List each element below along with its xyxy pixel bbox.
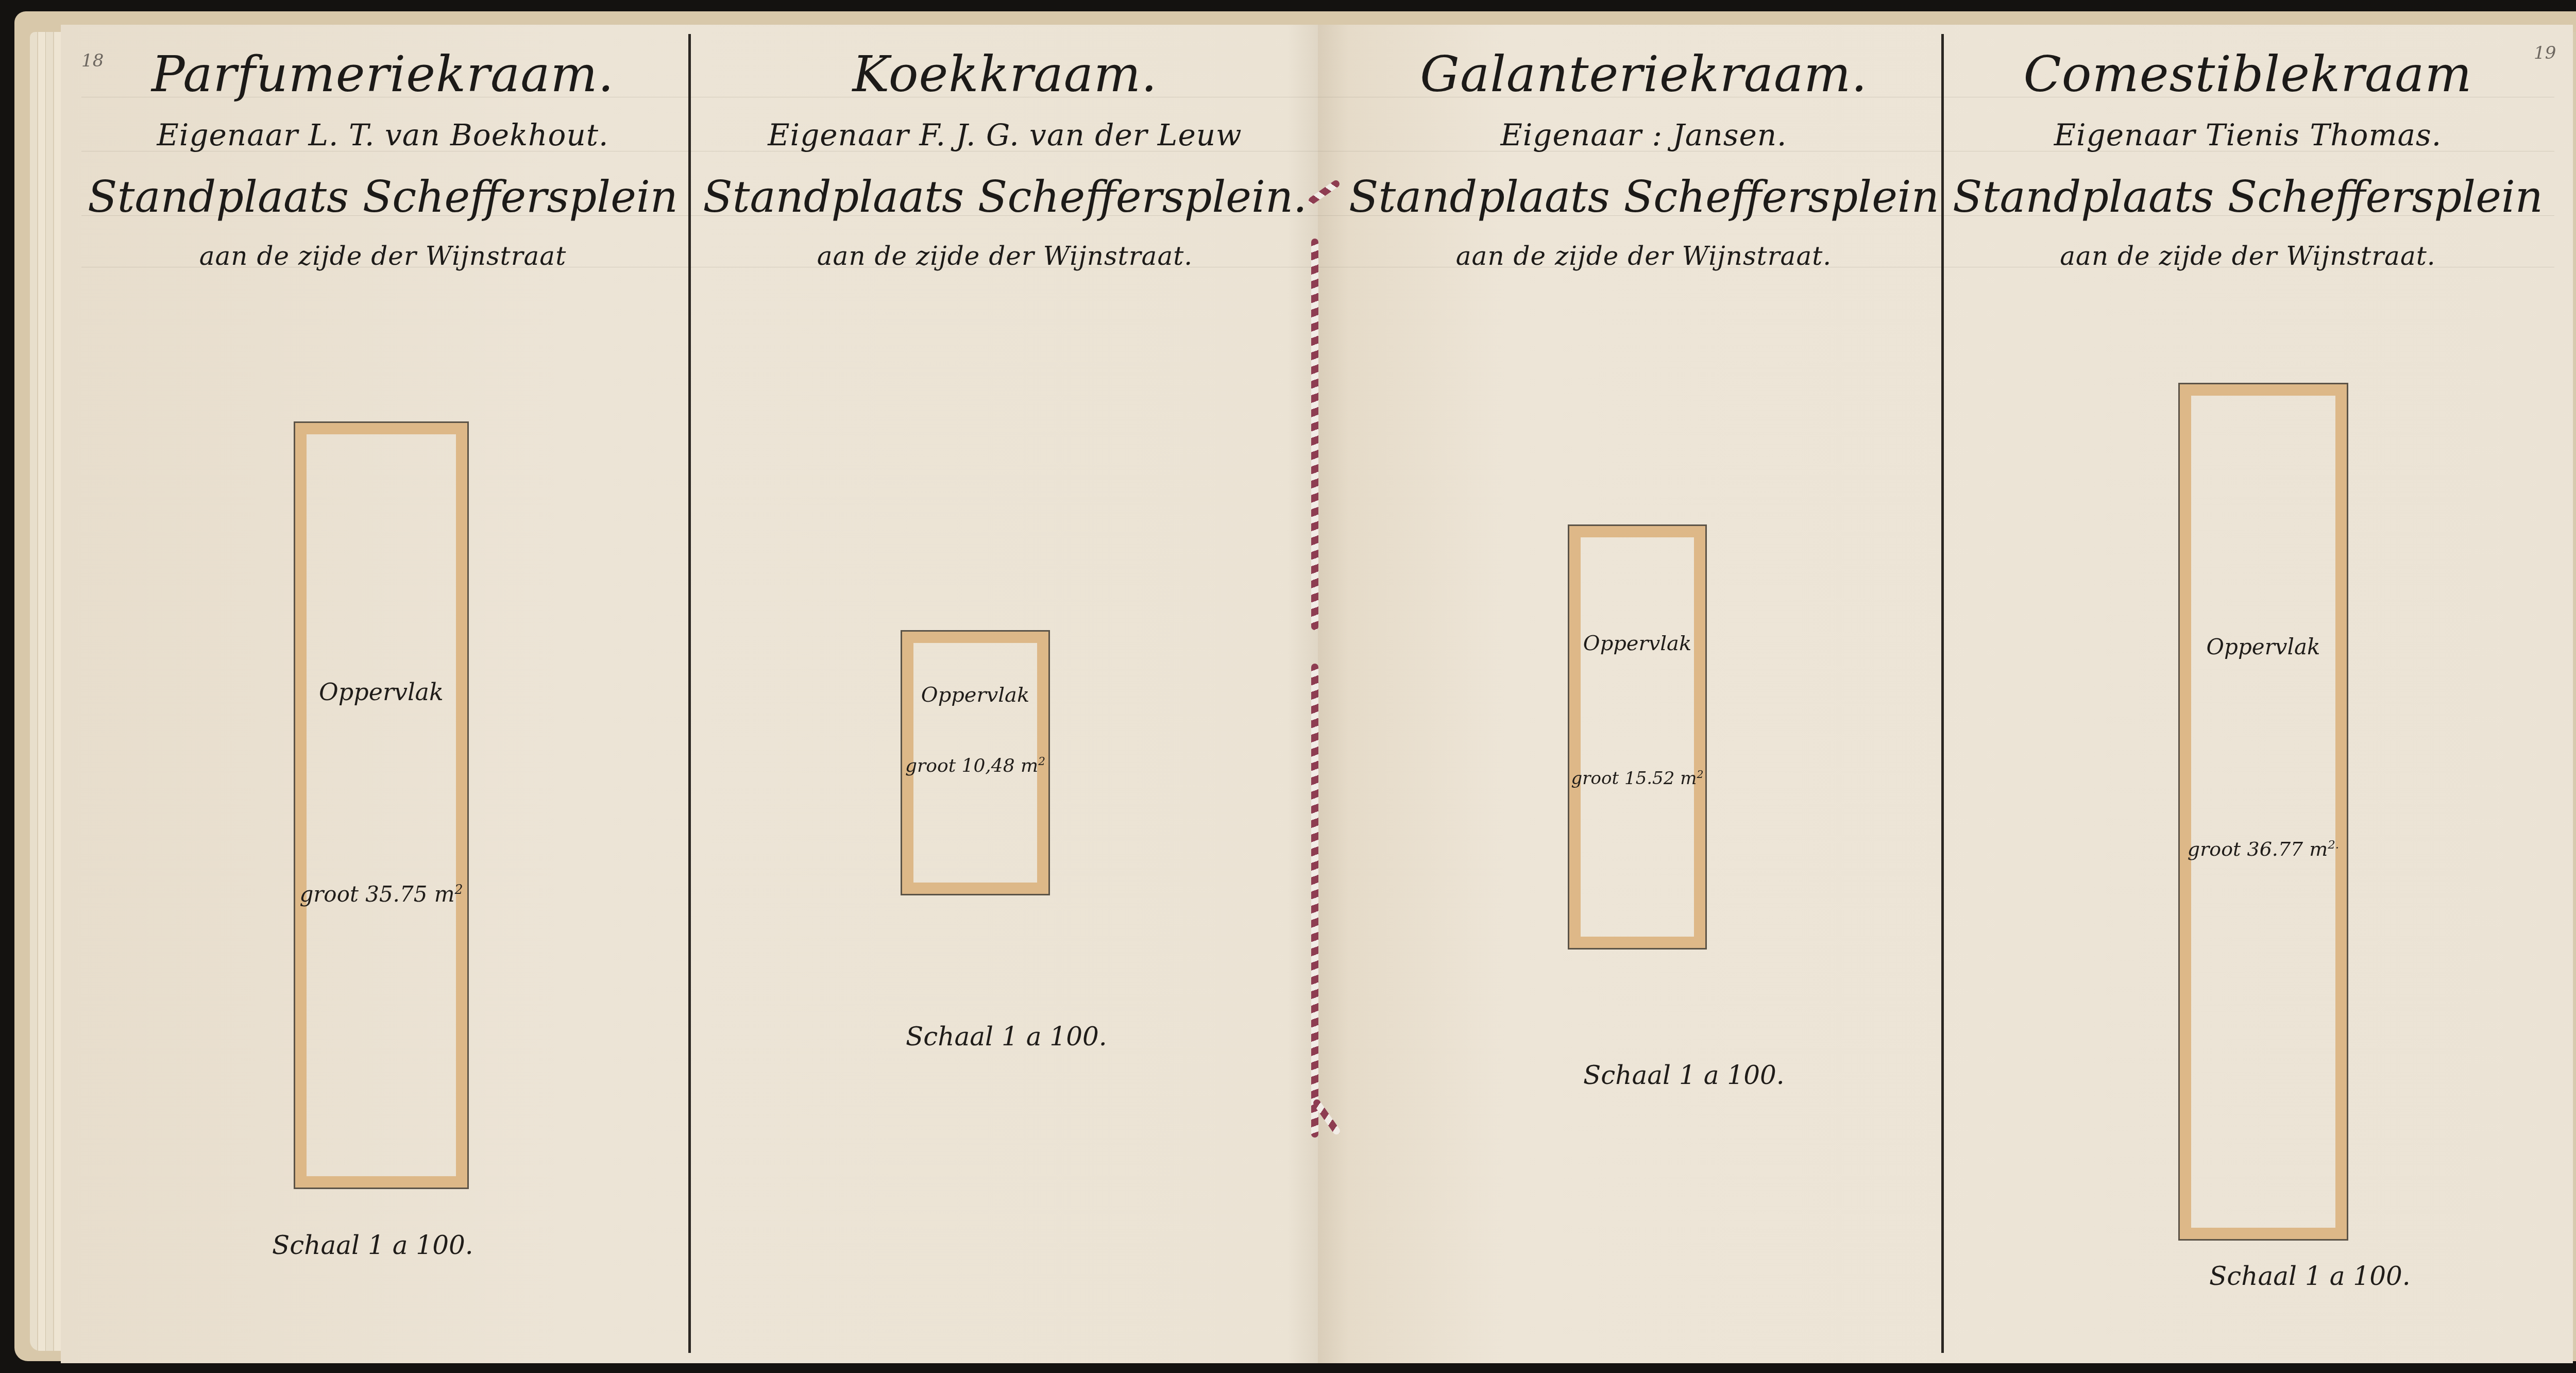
stall-plot-outline: Oppervlak groot 15.52 m2 <box>1568 524 1707 950</box>
stall-location: Standplaats Scheffersplein <box>1349 172 1939 222</box>
area-value-text: groot 15.52 m <box>1571 768 1697 789</box>
stall-side: aan de zijde der Wijnstraat <box>81 241 684 271</box>
stall-owner: Eigenaar F. J. G. van der Leuw <box>692 117 1318 152</box>
area-unit-sup: 2 <box>1697 768 1703 781</box>
scale-note: Schaal 1 a 100. <box>906 1022 1107 1052</box>
area-value-text: groot 36.77 m <box>2188 838 2328 860</box>
area-label: Oppervlak <box>1569 632 1705 655</box>
binding-cord-lower <box>1311 664 1318 1138</box>
page-spread: 18 19 Parfumeriekraam. Eigenaar L. T. va… <box>61 25 2573 1363</box>
stall-location: Standplaats Scheffersplein <box>81 172 684 222</box>
stall-plot-outline: Oppervlak groot 35.75 m2 <box>294 421 469 1189</box>
area-unit-sup: 2 <box>455 882 463 897</box>
area-value-text: groot 35.75 m <box>299 882 454 907</box>
stall-title: Parfumeriekraam. <box>81 45 684 103</box>
area-label: Oppervlak <box>2180 634 2347 659</box>
stall-owner: Eigenaar Tienis Thomas. <box>1946 117 2549 152</box>
column-divider <box>1941 34 1944 1353</box>
column-divider <box>688 34 691 1353</box>
area-label: Oppervlak <box>902 683 1048 707</box>
plot-wash <box>295 423 467 1188</box>
binding-cord-upper <box>1311 239 1318 630</box>
area-unit-sup: 2 <box>1038 755 1045 768</box>
scale-note: Schaal 1 a 100. <box>272 1230 473 1260</box>
stall-plot-outline: Oppervlak groot 36.77 m2. <box>2178 383 2348 1241</box>
plot-wash <box>1569 526 1705 948</box>
scale-note: Schaal 1 a 100. <box>1583 1060 1785 1090</box>
stall-panel-galanterie: Galanteriekraam. Eigenaar : Jansen. Stan… <box>1349 25 1939 1363</box>
stall-plot-outline: Oppervlak groot 10,48 m2 <box>901 630 1050 895</box>
stall-location: Standplaats Scheffersplein <box>1946 172 2549 222</box>
stall-panel-comestible: Comestiblekraam Eigenaar Tienis Thomas. … <box>1946 25 2549 1363</box>
stall-panel-koek: Koekkraam. Eigenaar F. J. G. van der Leu… <box>692 25 1318 1363</box>
stall-owner: Eigenaar L. T. van Boekhout. <box>81 117 684 152</box>
stall-title: Galanteriekraam. <box>1349 45 1939 103</box>
area-value-text: groot 10,48 m <box>905 755 1038 776</box>
area-value: groot 10,48 m2 <box>902 755 1048 776</box>
area-value: groot 36.77 m2. <box>2180 838 2347 860</box>
stall-side: aan de zijde der Wijnstraat. <box>1946 241 2549 271</box>
area-value: groot 15.52 m2 <box>1569 768 1705 789</box>
area-unit-sup: 2. <box>2328 838 2339 852</box>
plot-wash <box>2180 384 2347 1239</box>
stall-side: aan de zijde der Wijnstraat. <box>692 241 1318 271</box>
stall-owner: Eigenaar : Jansen. <box>1349 117 1939 152</box>
stall-title: Koekkraam. <box>692 45 1318 103</box>
area-value: groot 35.75 m2 <box>295 882 467 907</box>
scale-note: Schaal 1 a 100. <box>2209 1261 2411 1291</box>
stall-side: aan de zijde der Wijnstraat. <box>1349 241 1939 271</box>
area-label: Oppervlak <box>295 678 467 706</box>
stall-location: Standplaats Scheffersplein. <box>692 172 1318 222</box>
stall-title: Comestiblekraam <box>1946 45 2549 103</box>
stall-panel-parfumerie: Parfumeriekraam. Eigenaar L. T. van Boek… <box>81 25 684 1363</box>
